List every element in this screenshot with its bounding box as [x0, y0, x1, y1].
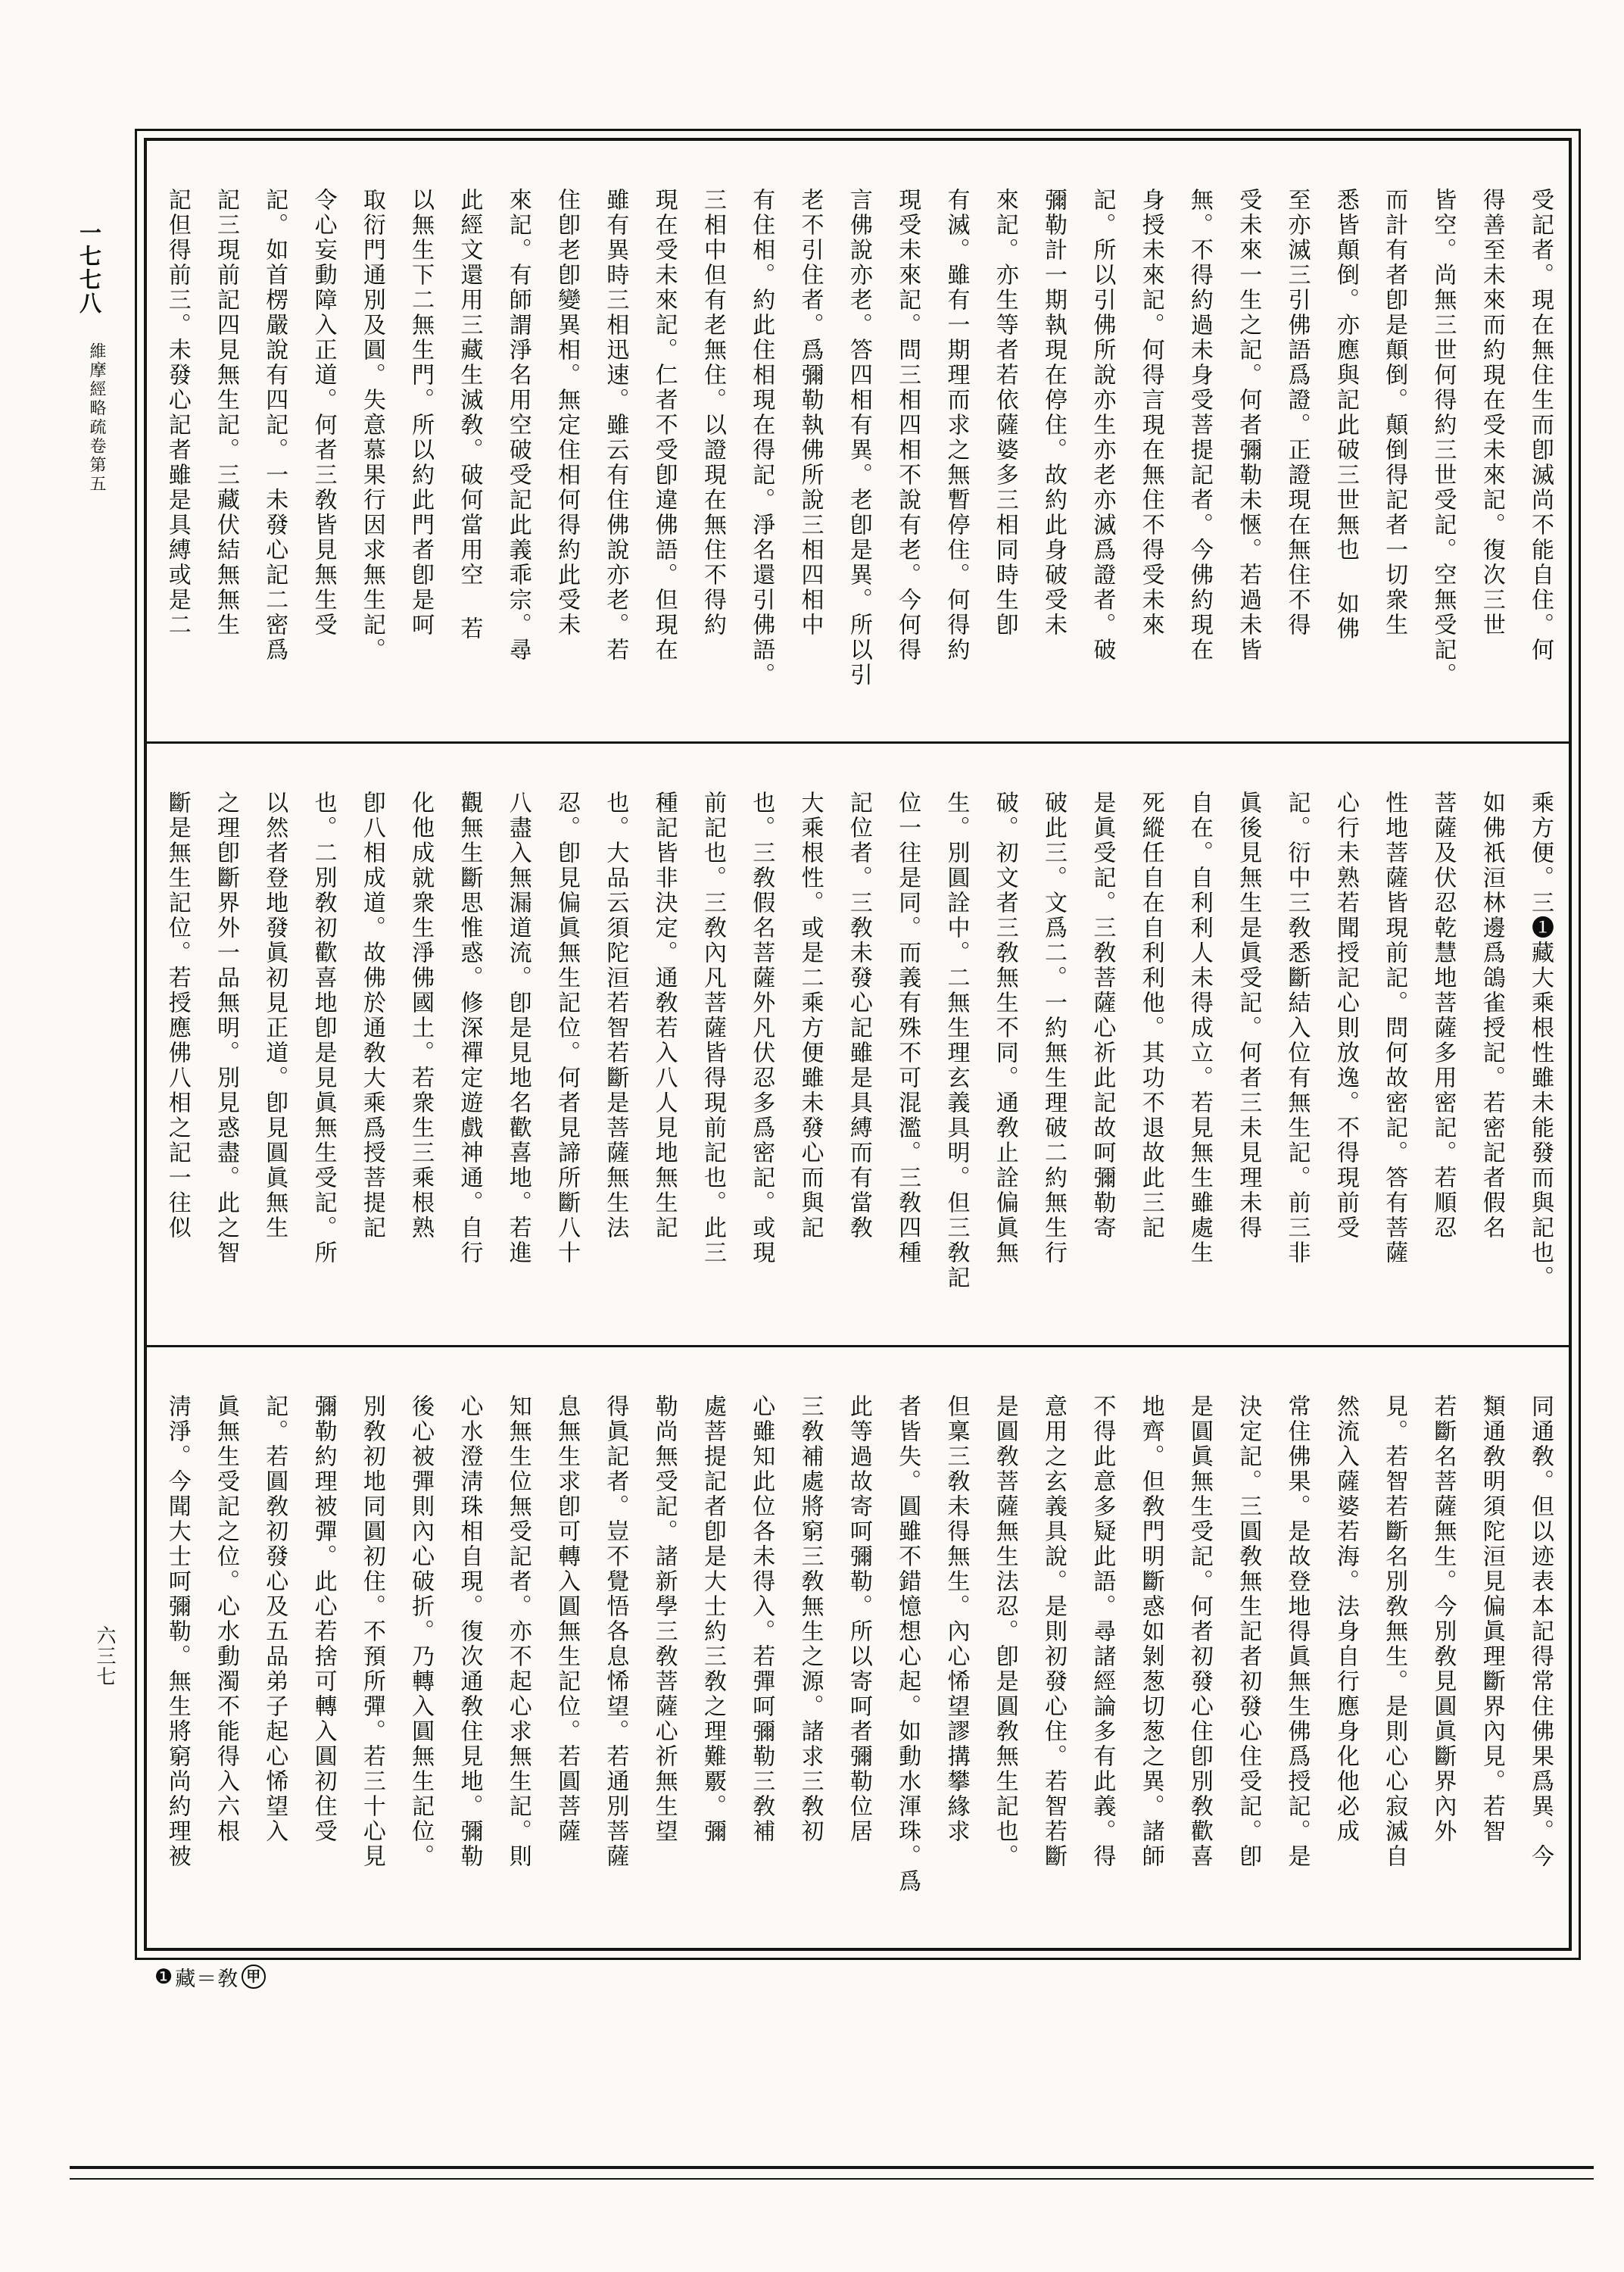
text-column: 也。大品云須陀洹若智若斷是菩薩無生法: [591, 791, 639, 1334]
text-column: 眞後見無生是眞受記。何者三未見理未得: [1223, 791, 1272, 1334]
text-column: 眞無生受記之位。心水動濁不能得入六根: [201, 1394, 250, 1937]
text-column: 得眞記者。豈不覺悟各息悕望。若通別菩薩: [591, 1394, 639, 1937]
text-column: 勒尚無受記。諸新學三敎菩薩心祈無生望: [639, 1394, 687, 1937]
text-column: 生。別圓詮中。二無生理玄義具明。但三敎記: [931, 791, 980, 1334]
text-column: 意用之玄義具說。是則初發心住。若智若斷: [1029, 1394, 1077, 1937]
text-column: 來記。亦生等者若依薩婆多三相同時生卽: [980, 188, 1028, 731]
text-column: 是圓眞無生受記。何者初發心住卽別敎歡喜: [1175, 1394, 1223, 1937]
text-band-lower: 同通敎。但以迹表本記得常住佛果爲異。今類通敎明須陀洹見偏眞理斷界內見。若智若斷名…: [147, 1345, 1569, 1948]
text-column: 三相中但有老無住。以證現在無住不得約: [688, 188, 737, 731]
text-column: 類通敎明須陀洹見偏眞理斷界內見。若智: [1467, 1394, 1515, 1937]
edition-mark-circle: 甲: [242, 1965, 266, 1989]
margin-folio-number: 六三七: [91, 1625, 119, 1687]
text-column: 老不引住者。爲彌勒執佛所說三相四相中: [785, 188, 834, 731]
text-column: 別敎初地同圓初住。不預所彈。若三十心見: [348, 1394, 396, 1937]
text-column: 記。衍中三敎悉斷結入位有無生記。前三非: [1272, 791, 1320, 1334]
text-column: 以然者登地發眞初見正道。卽見圓眞無生: [250, 791, 298, 1334]
text-band-middle: 乘方便。三❶藏大乘根性雖未能發而與記也。如佛祇洹林邊爲鴿雀授記。若密記者假名菩薩…: [147, 741, 1569, 1344]
text-column: 但稟三敎未得無生。內心悕望謬搆攀緣求: [931, 1394, 980, 1937]
text-column: 化他成就衆生淨佛國土。若衆生三乘根熟: [396, 791, 444, 1334]
collation-footnote: ❶ 藏＝敎 甲: [154, 1963, 266, 1990]
text-column: 不得此意多疑此語。尋諸經論多有此義。得: [1077, 1394, 1126, 1937]
text-column: 彌勒約理被彈。此心若捨可轉入圓初住受: [298, 1394, 347, 1937]
bottom-rule-thick: [70, 2166, 1594, 2169]
text-column: 皆空。尚無三世何得約三世受記。空無受記。: [1418, 188, 1467, 731]
text-column: 記位者。三敎未發心記雖是具縛而有當敎: [834, 791, 883, 1334]
text-column: 破此三。文爲二。一約無生理破二約無生行: [1029, 791, 1077, 1334]
text-column: 現受未來記。問三相四相不說有老。今何得: [883, 188, 931, 731]
text-column: 死縱任自在自利利他。其功不退故此三記: [1126, 791, 1174, 1334]
text-column: 無。不得約過未身受菩提記者。今佛約現在: [1175, 188, 1223, 731]
text-column: 前記也。三敎內凡菩薩皆得現前記也。此三: [688, 791, 737, 1334]
text-column: 菩薩及伏忍乾慧地菩薩多用密記。若順忍: [1418, 791, 1467, 1334]
text-column: 者皆失。圓雖不錯憶想心起。如動水渾珠。爲: [883, 1394, 931, 1937]
text-column: 地齊。但敎門明斷惑如剝葱切葱之異。諸師: [1126, 1394, 1174, 1937]
text-column: 然流入薩婆若海。法身自行應身化他必成: [1321, 1394, 1370, 1937]
text-column: 悉皆顛倒。亦應與記此破三世無也 如佛: [1321, 188, 1370, 731]
text-column: 大乘根性。或是二乘方便雖未發心而與記: [785, 791, 834, 1334]
text-column: 是眞受記。三敎菩薩心祈此記故呵彌勒寄: [1077, 791, 1126, 1334]
text-column: 性地菩薩皆現前記。問何故密記。答有菩薩: [1370, 791, 1418, 1334]
text-column: 若斷名菩薩無生。今別敎見圓眞斷界內外: [1418, 1394, 1467, 1937]
text-band-upper: 受記者。現在無住生而卽滅尚不能自住。何得善至未來而約現在受未來記。復次三世皆空。…: [147, 141, 1569, 741]
text-column: 身授未來記。何得言現在無住不得受未來: [1126, 188, 1174, 731]
text-column: 雖有異時三相迅速。雖云有住佛說亦老。若: [591, 188, 639, 731]
text-column: 此等過故寄呵彌勒。所以寄呵者彌勒位居: [834, 1394, 883, 1937]
text-column: 斷是無生記位。若授應佛八相之記一往似: [152, 791, 201, 1334]
text-column: 心水澄淸珠相自現。復次通敎住見地。彌勒: [444, 1394, 493, 1937]
text-column: 心行未熟若聞授記心則放逸。不得現前受: [1321, 791, 1370, 1334]
text-column: 決定記。三圓敎無生記者初發心住受記。卽: [1223, 1394, 1272, 1937]
text-column: 來記。有師謂淨名用空破受記此義乖宗。尋: [493, 188, 541, 731]
text-column: 取衍門通別及圓。失意慕果行因求無生記。: [348, 188, 396, 731]
text-frame: 受記者。現在無住生而卽滅尚不能自住。何得善至未來而約現在受未來記。復次三世皆空。…: [144, 138, 1572, 1951]
text-column: 也。二別敎初歡喜地卽是見眞無生受記。所: [298, 791, 347, 1334]
text-column: 也。三敎假名菩薩外凡伏忍多爲密記。或現: [737, 791, 785, 1334]
text-column: 常住佛果。是故登地得眞無生佛爲授記。是: [1272, 1394, 1320, 1937]
text-column: 之理卽斷界外一品無明。別見惑盡。此之智: [201, 791, 250, 1334]
text-column: 以無生下二無生門。所以約此門者卽是呵: [396, 188, 444, 731]
text-column: 至亦滅三引佛語爲證。正證現在無住不得: [1272, 188, 1320, 731]
text-column: 如佛祇洹林邊爲鴿雀授記。若密記者假名: [1467, 791, 1515, 1334]
text-column: 種記皆非決定。通敎若入八人見地無生記: [639, 791, 687, 1334]
text-column: 言佛說亦老。答四相有異。老卽是異。所以引: [834, 188, 883, 731]
text-column: 忍。卽見偏眞無生記位。何者見諦所斷八十: [542, 791, 591, 1334]
text-column: 心雖知此位各未得入。若彈呵彌勒三敎補: [737, 1394, 785, 1937]
text-column: 知無生位無受記者。亦不起心求無生記。則: [493, 1394, 541, 1937]
text-column: 後心被彈則內心破折。乃轉入圓無生記位。: [396, 1394, 444, 1937]
text-column: 此經文還用三藏生滅敎。破何當用空 若: [444, 188, 493, 731]
text-column: 淸淨。今聞大士呵彌勒。無生將窮尚約理被: [152, 1394, 201, 1937]
text-column: 見。若智若斷名別敎無生。是則心心寂滅自: [1370, 1394, 1418, 1937]
margin-page-number: 一七七八: [74, 221, 105, 315]
text-column: 記。所以引佛所說亦生亦老亦滅爲證者。破: [1077, 188, 1126, 731]
text-column: 而計有者卽是顛倒。顛倒得記者一切衆生: [1370, 188, 1418, 731]
text-column: 卽八相成道。故佛於通敎大乘爲授菩提記: [348, 791, 396, 1334]
text-column: 得善至未來而約現在受未來記。復次三世: [1467, 188, 1515, 731]
text-column: 息無生求卽可轉入圓無生記位。若圓菩薩: [542, 1394, 591, 1937]
text-column: 三敎補處將窮三敎無生之源。諸求三敎初: [785, 1394, 834, 1937]
text-column: 現在受未來記。仁者不受卽違佛語。但現在: [639, 188, 687, 731]
text-column: 處菩提記者卽是大士約三敎之理難覈。彌: [688, 1394, 737, 1937]
margin-volume-title: 維摩經略疏卷第五: [85, 342, 108, 494]
text-column: 令心妄動障入正道。何者三敎皆見無生受: [298, 188, 347, 731]
text-column: 彌勒計一期執現在停住。故約此身破受未: [1029, 188, 1077, 731]
footnote-marker-icon: ❶: [154, 1965, 173, 1989]
bottom-rule-thin: [70, 2178, 1594, 2180]
text-column: 自在。自利利人未得成立。若見無生雖處生: [1175, 791, 1223, 1334]
scanned-sutra-page: { "page": { "margin": { "page_number": "…: [0, 0, 1624, 2272]
text-column: 記但得前三。未發心記者雖是具縛或是二: [152, 188, 201, 731]
text-column: 同通敎。但以迹表本記得常住佛果爲異。今: [1516, 1394, 1564, 1937]
text-column: 八盡入無漏道流。卽是見地名歡喜地。若進: [493, 791, 541, 1334]
text-column: 乘方便。三❶藏大乘根性雖未能發而與記也。: [1516, 791, 1564, 1334]
text-column: 位一往是同。而義有殊不可混濫。三敎四種: [883, 791, 931, 1334]
footnote-text: 藏＝敎: [175, 1962, 238, 1992]
text-column: 觀無生斷思惟惑。修深禪定遊戲神通。自行: [444, 791, 493, 1334]
text-column: 受未來一生之記。何者彌勒未愜。若過未皆: [1223, 188, 1272, 731]
text-column: 破。初文者三敎無生不同。通敎止詮偏眞無: [980, 791, 1028, 1334]
text-column: 是圓敎菩薩無生法忍。卽是圓敎無生記也。: [980, 1394, 1028, 1937]
text-column: 記三現前記四見無生記。三藏伏結無無生: [201, 188, 250, 731]
text-column: 受記者。現在無住生而卽滅尚不能自住。何: [1516, 188, 1564, 731]
text-column: 記。如首楞嚴說有四記。一未發心記二密爲: [250, 188, 298, 731]
text-column: 有滅。雖有一期理而求之無暫停住。何得約: [931, 188, 980, 731]
text-column: 有住相。約此住相現在得記。淨名還引佛語。: [737, 188, 785, 731]
text-column: 記。若圓敎初發心及五品弟子起心悕望入: [250, 1394, 298, 1937]
text-column: 住卽老卽變異相。無定住相何得約此受未: [542, 188, 591, 731]
